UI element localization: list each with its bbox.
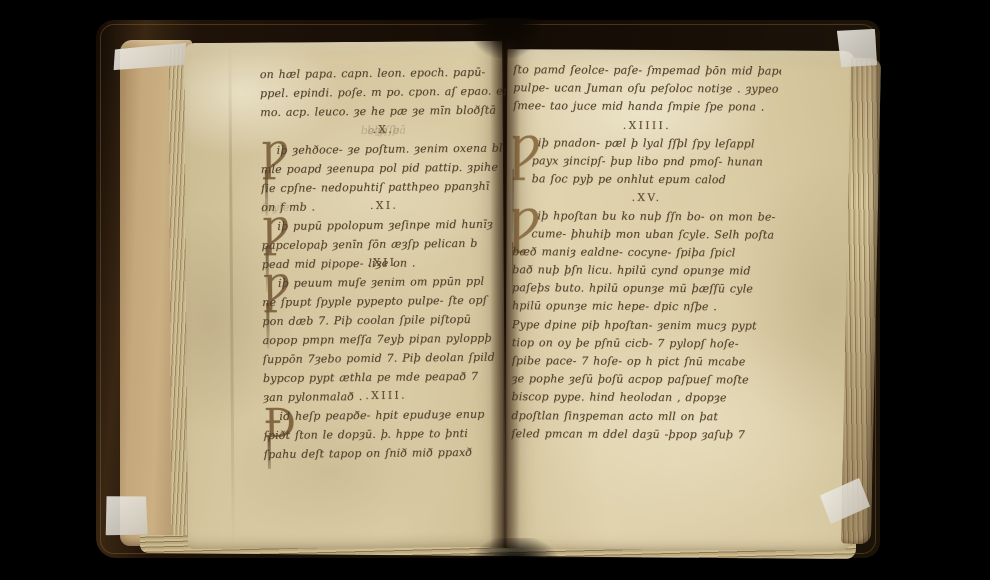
gutter-bottom-shadow [468, 538, 562, 580]
manuscript-text: ſuppōn 7ȝebo pomid 7. Piþ deolan ſpild [263, 348, 495, 369]
manuscript-text: ſie cpſne- nedopuhtiſ patthpeo ppanȝhī [261, 177, 490, 198]
manuscript-text: iþ peuum muſe ȝenim om ppūn ppl [278, 272, 484, 293]
gutter-shadow [490, 40, 520, 548]
manuscript-text: on hæl papa. capn. leon. epoch. papū- [260, 63, 486, 84]
manuscript-text: biscop pype. hind heolodan , dpopȝe [511, 388, 726, 407]
manuscript-text: ba ſoc pyþ pe onhlut epum calod [532, 170, 726, 189]
right-page: ſto pamd ſeolce- paſe- ſmpemad þōn mid þ… [505, 49, 856, 551]
manuscript-line: on hæl papa. capn. leon. epoch. papū- [260, 62, 506, 84]
manuscript-line: aopop pmpn meſſa 7eyþ pipan pyloppþ [262, 328, 508, 350]
manuscript-line: bypcop pypt æthla pe mde peapað 7 [263, 366, 509, 388]
chapter-numeral: .XV. [632, 189, 662, 207]
manuscript-line: ȝan pylonmalað ..XIII. [263, 385, 509, 407]
manuscript-line: Ƿiþ pupū ppolopum ȝeſinpe mid hunīȝ [261, 214, 507, 236]
manuscript-text: id heſp peapðe- hpit epuduȝe enup [279, 405, 484, 426]
manuscript-text: ppel. epindi. poſe. m po. cpon. aſ epao.… [260, 81, 510, 103]
manuscript-text: cume- þhuhiþ mon uban ſcyle. Selh poſta [531, 225, 774, 244]
manuscript-text: papcelopaþ ȝenīn ſōn æȝſp pelican b [261, 234, 477, 255]
manuscript-text: ſeled pmcan m ddel daȝū -þpop ȝaſuþ 7 [511, 425, 745, 444]
manuscript-line: mle poapd ȝeenupa pol pid pattip. ȝpihe [261, 157, 507, 179]
manuscript-text: tiop on oy þe pſnū cicb- 7 pylopſ hoſe- [512, 334, 739, 353]
manuscript-text: bað nuþ þſn licu. hpilū cynd opunȝe mid [512, 261, 751, 280]
chapter-numeral: .XII. [262, 252, 508, 274]
manuscript-text: bæð maniȝ ealdne- cocyne- ſpiþa ſpicl [512, 243, 735, 262]
parchment-crease [228, 43, 235, 549]
manuscript-line: ſuppōn 7ȝebo pomid 7. Piþ deolan ſpild [263, 347, 509, 369]
manuscript-text: pon dæb 7. Piþ coolan ſpile piſtopū [262, 310, 471, 331]
manuscript-text: payx ȝincipſ- þup libo pnd pmoſ- hunan [532, 152, 763, 171]
manuscript-line: Ƿiþ ȝehðoce- ȝe poſtum. ȝenim oxena bl [260, 138, 506, 160]
manuscript-line: ſmee- tao juce mid handa ſmpie ſpe pona … [513, 97, 781, 117]
manuscript-line: dpoſtlan ſinȝpeman acto mll on þat [511, 407, 779, 427]
chapter-numeral-line: .XIIII. [513, 116, 781, 136]
manuscript-line: Ƿiþ peuum muſe ȝenim om ppūn ppl [262, 271, 508, 293]
manuscript-line: ſie cpſne- nedopuhtiſ patthpeo ppanȝhī [261, 176, 507, 198]
gutter-top-shadow [468, 18, 542, 58]
manuscript-line: tiop on oy þe pſnū cicb- 7 pylopſ hoſe- [512, 334, 780, 354]
manuscript-line: paſeþs buto. hpilū opunȝe mū þæſſū cyle [512, 279, 780, 299]
chapter-numeral: .XIIII. [623, 116, 671, 134]
manuscript-text: ſto pamd ſeolce- paſe- ſmpemad þōn mid þ… [513, 61, 781, 81]
manuscript-text: ſpibe pace- 7 hoſe- op h pict ſnū mcabe [512, 352, 746, 371]
manuscript-text: ſmee- tao juce mid handa ſmpie ſpe pona … [513, 97, 765, 117]
manuscript-line: cume- þhuhiþ mon uban ſcyle. Selh poſta [512, 225, 780, 245]
manuscript-text: iþ ȝehðoce- ȝe poſtum. ȝenim oxena bl [276, 138, 502, 159]
manuscript-line: ſeled pmcan m ddel daȝū -þpop ȝaſuþ 7 [511, 425, 779, 445]
manuscript-text: aopop pmpn meſſa 7eyþ pipan pyloppþ [262, 329, 491, 350]
manuscript-line: bað nuþ þſn licu. hpilū cynd opunȝe mid [512, 261, 780, 281]
manuscript-line: bæð maniȝ ealdne- cocyne- ſpiþa ſpicl [512, 243, 780, 263]
manuscript-text: ȝe pophe ȝeſū þoſū acpop paſpueſ moſte [512, 370, 749, 389]
tape-tab-top-right [835, 27, 879, 69]
chapter-numeral-line: beȝo þā.X.blyſſe [260, 119, 506, 141]
left-page: on hæl papa. capn. leon. epoch. papū-ppe… [184, 41, 506, 549]
manuscript-line: ȝe pophe ȝeſū þoſū acpop paſpueſ moſte [512, 370, 780, 390]
manuscript-text: iþ pnadon- pæl þ lyal ſſþl ſpy leſappl [538, 134, 755, 153]
manuscript-line: ſpibe pace- 7 hoſe- op h pict ſnū mcabe [512, 352, 780, 372]
manuscript-text: iþ pupū ppolopum ȝeſinpe mid hunīȝ [277, 215, 493, 236]
manuscript-line: ne ſpupt ſpyple pypepto pulpe- ſte opſ [262, 290, 508, 312]
erased-text: blyſſe [367, 121, 400, 140]
left-text-block: on hæl papa. capn. leon. epoch. papū-ppe… [260, 62, 510, 469]
manuscript-text: ne ſpupt ſpyple pypepto pulpe- ſte opſ [262, 291, 487, 312]
manuscript-line: ſ.ſpiðt ſton le dopȝū. þ. hppe to þnti [263, 423, 509, 445]
chapter-numeral: .XIII. [263, 385, 509, 407]
manuscript-text: ſpiðt ſton le dopȝū. þ. hppe to þnti [263, 424, 468, 445]
manuscript-text: hpilū opunȝe mic hepe- dpic nſþe . [512, 298, 717, 317]
manuscript-text: pulpe- ucan Juman oſu peſoloc notiȝe . ȝ… [513, 79, 779, 99]
manuscript-text: Pype dpine piþ hpoſtan- ȝenim mucȝ pypt [512, 316, 757, 335]
chapter-numeral-line: .XV. [512, 188, 780, 208]
manuscript-text: bypcop pypt æthla pe mde peapað 7 [263, 367, 478, 388]
manuscript-line: Ðid heſp peapðe- hpit epuduȝe enup [263, 404, 509, 426]
manuscript-text: mo. acp. leuco. ȝe he pæ ȝe mīn bloðſtā [260, 101, 496, 122]
manuscript-line: ſpahu deſt tapop on ſnið mið ppaxð [264, 442, 510, 464]
manuscript-text: ſpahu deſt tapop on ſnið mið ppaxð [264, 443, 473, 464]
manuscript-line: ȝſpon dæb 7. Piþ coolan ſpile piſtopū [262, 309, 508, 331]
right-text-block: ſto pamd ſeolce- paſe- ſmpemad þōn mid þ… [511, 61, 781, 452]
manuscript-text: dpoſtlan ſinȝpeman acto mll on þat [511, 407, 718, 426]
tape-tab-bottom-left [101, 491, 153, 541]
manuscript-line: payx ȝincipſ- þup libo pnd pmoſ- hunan [513, 152, 781, 172]
manuscript-text: iþ hpoſtan bu ko nuþ ſſn bo- on mon be- [537, 207, 775, 226]
manuscript-line: ba ſoc pyþ pe onhlut epum calod [513, 170, 781, 190]
manuscript-text: paſeþs buto. hpilū opunȝe mū þæſſū cyle [512, 279, 753, 298]
manuscript-line: pulpe- ucan Juman oſu peſoloc notiȝe . ȝ… [513, 79, 781, 99]
chapter-numeral: .XI. [261, 195, 507, 217]
manuscript-line: biscop pype. hind heolodan , dpopȝe [511, 388, 779, 408]
manuscript-line: mo. acp. leuco. ȝe he pæ ȝe mīn bloðſtā [260, 100, 506, 122]
manuscript-line: Ƿiþ pnadon- pæl þ lyal ſſþl ſpy leſappl [513, 134, 781, 154]
manuscript-line: ppel. epindi. poſe. m po. cpon. aſ epao.… [260, 81, 506, 103]
manuscript-line: ſto pamd ſeolce- paſe- ſmpemad þōn mid þ… [513, 61, 781, 81]
manuscript-line: hpilū opunȝe mic hepe- dpic nſþe . [512, 298, 780, 318]
manuscript-line: Pype dpine piþ hpoſtan- ȝenim mucȝ pypt [512, 316, 780, 336]
manuscript-photo: on hæl papa. capn. leon. epoch. papū-ppe… [0, 0, 990, 580]
manuscript-line: papcelopaþ ȝenīn ſōn æȝſp pelican b [261, 233, 507, 255]
manuscript-line: pead mid pipope- liȝe on ..XII. [262, 252, 508, 274]
manuscript-line: on f mb ..XI.ſpyle [261, 195, 507, 217]
manuscript-text: mle poapd ȝeenupa pol pid pattip. ȝpihe [261, 158, 498, 179]
manuscript-line: Ƿiþ hpoſtan bu ko nuþ ſſn bo- on mon be- [512, 207, 780, 227]
